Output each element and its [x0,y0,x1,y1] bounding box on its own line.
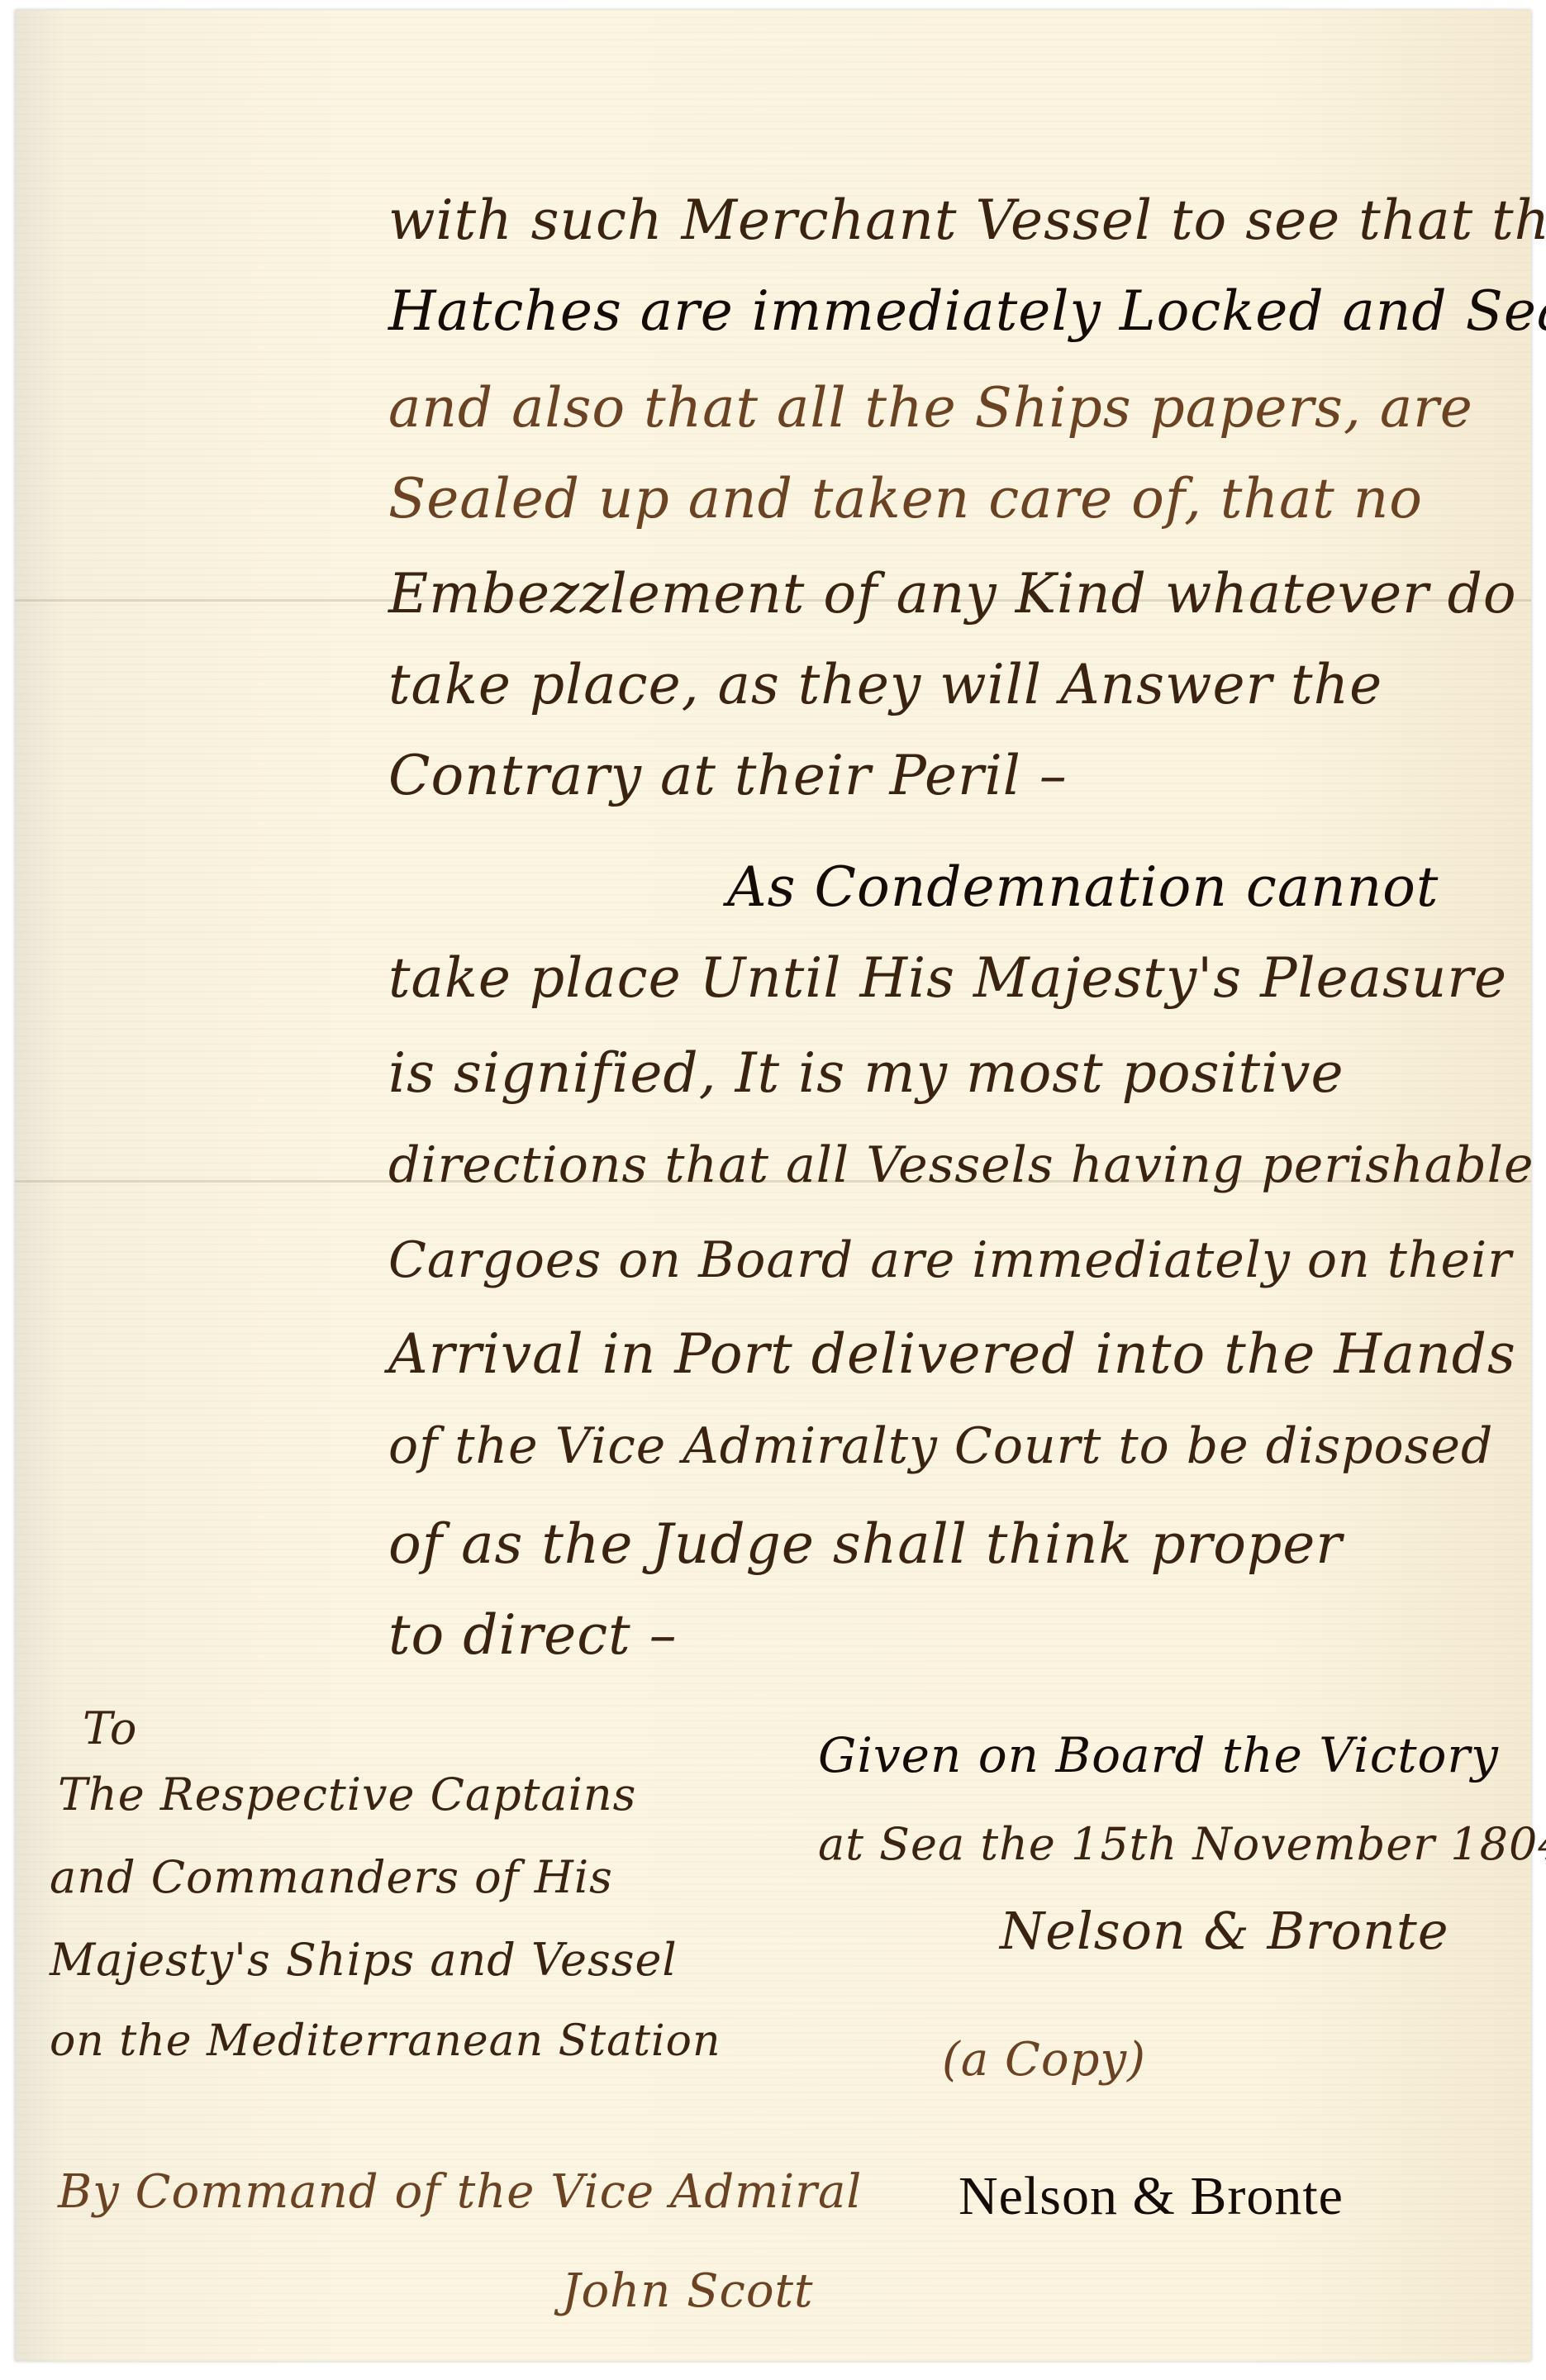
by-command-line: By Command of the Vice Admiral [58,2165,862,2219]
body-line: Contrary at their Peril – [388,744,1068,807]
address-line: The Respective Captains [58,1768,636,1821]
signature-copy: Nelson & Bronte [1000,1901,1449,1961]
body-line: Hatches are immediately Locked and Seale… [388,279,1546,343]
body-line: of the Vice Admiralty Court to be dispos… [388,1417,1493,1475]
address-line: To [83,1702,137,1754]
given-line: Given on Board the Victory [818,1727,1499,1783]
body-line: with such Merchant Vessel to see that th… [388,188,1546,252]
copy-note: (a Copy) [942,2033,1146,2087]
body-line: Sealed up and taken care of, that no [388,467,1423,531]
body-line: directions that all Vessels having peris… [388,1136,1534,1194]
body-line: Embezzlement of any Kind whatever do [388,562,1517,626]
body-line: is signified, It is my most positive [388,1041,1344,1105]
signature-original: Nelson & Bronte [959,2165,1344,2228]
address-line: Majesty's Ships and Vessel [50,1934,678,1986]
body-line: and also that all the Ships papers, are [388,376,1473,440]
address-line: and Commanders of His [50,1851,613,1903]
given-line: at Sea the 15th November 1804 [818,1818,1546,1870]
body-line: take place, as they will Answer the [388,653,1382,716]
body-line: to direct – [388,1603,678,1667]
body-line: Arrival in Port delivered into the Hands [388,1322,1516,1386]
address-line: on the Mediterranean Station [50,2016,721,2066]
body-line: take place Until His Majesty's Pleasure [388,946,1507,1010]
secretary-signature: John Scott [562,2264,814,2318]
body-line: of as the Judge shall think proper [388,1512,1343,1576]
body-line: Cargoes on Board are immediately on thei… [388,1231,1512,1289]
body-line: As Condemnation cannot [727,855,1439,919]
